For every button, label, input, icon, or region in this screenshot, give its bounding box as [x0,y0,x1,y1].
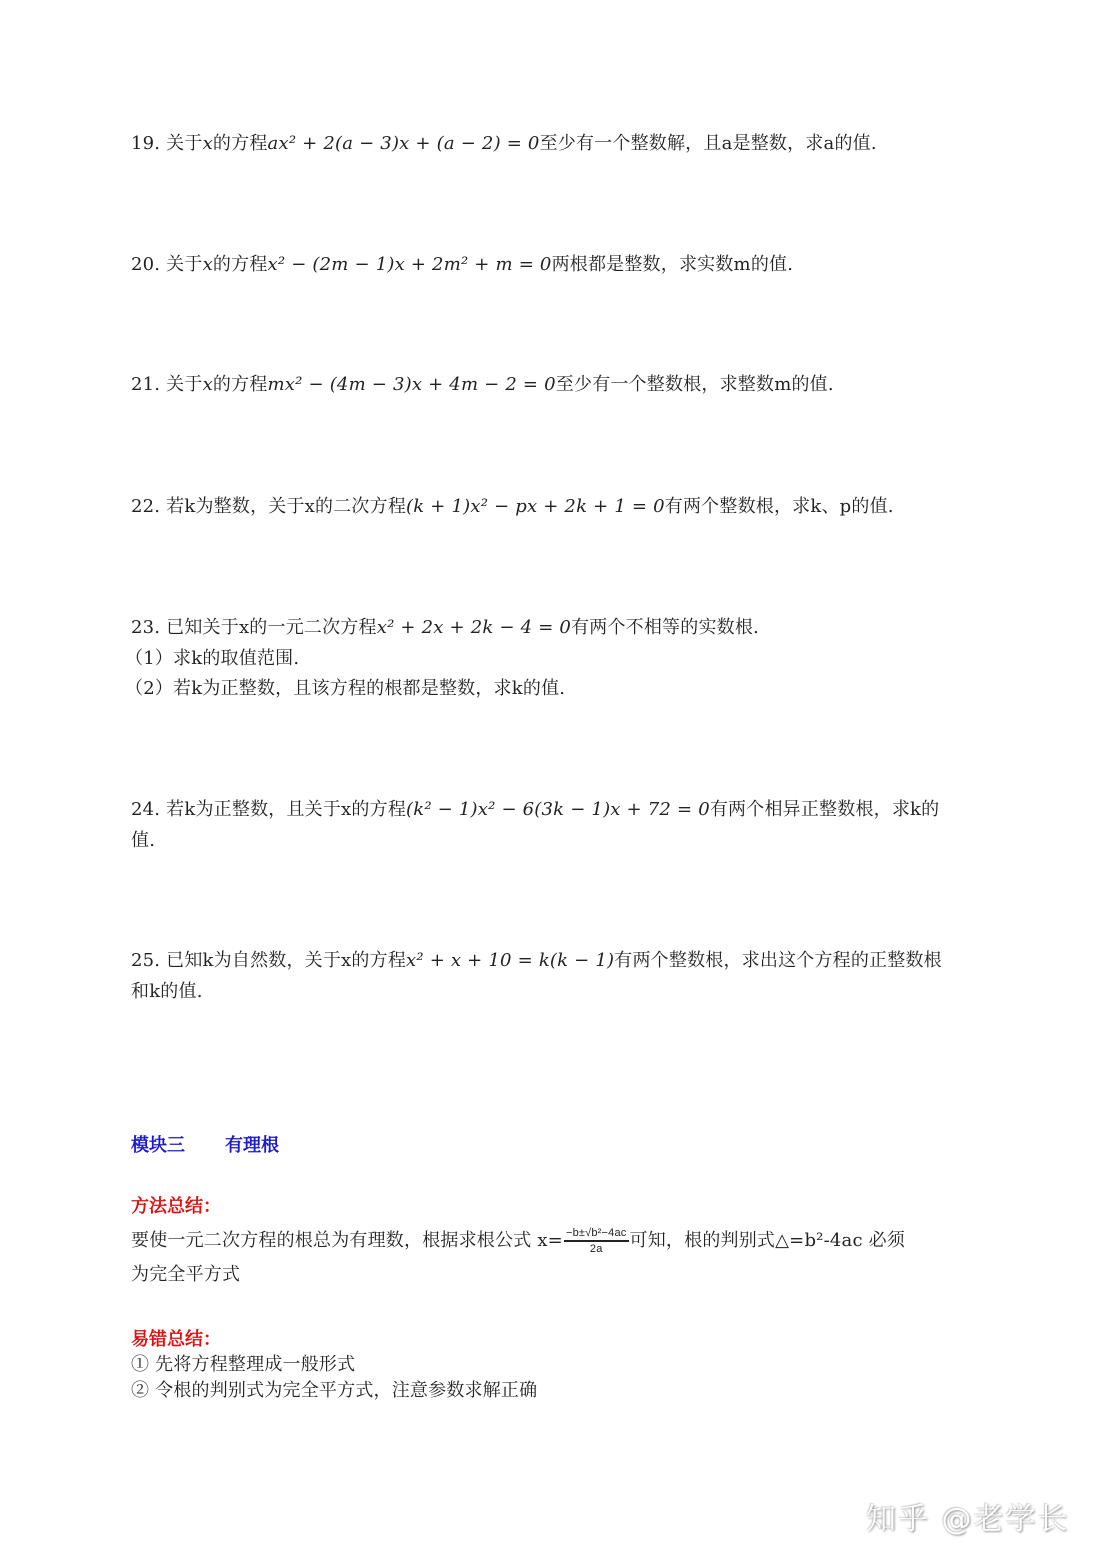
problem-text: 已知k为自然数，关于x的方程 [166,950,406,971]
equation: x² + x + 10 = k(k − 1) [406,950,614,971]
problem-text: 若k为正整数，且关于x的方程 [166,799,406,820]
problem-prefix: 关于 [166,254,202,275]
error-summary-heading: 易错总结： [131,1325,221,1351]
method-text-after: 可知，根的判别式△=b²-4ac 必须 [630,1230,906,1251]
problem-suffix: 有两个不相等的实数根. [571,617,759,638]
problem-mid: 的方程 [213,133,268,154]
problem-suffix: 至少有一个整数根，求整数m的值. [556,374,834,395]
problem-20: 20. 关于x的方程x² − (2m − 1)x + 2m² + m = 0两根… [131,250,793,280]
problem-text: 若k为整数，关于x的二次方程 [166,496,406,517]
problem-suffix: 至少有一个整数解，且a是整数，求a的值. [540,133,877,154]
method-text-before: 要使一元二次方程的根总为有理数，根据求根公式 x= [131,1230,563,1251]
problem-23-part-1: （1）求k的取值范围. [125,644,299,674]
problem-number: 21. [131,374,160,395]
problem-23: 23. 已知关于x的一元二次方程x² + 2x + 2k − 4 = 0有两个不… [131,613,759,643]
problem-suffix: 两根都是整数，求实数m的值. [552,254,794,275]
variable: x [203,254,213,275]
problem-25: 25. 已知k为自然数，关于x的方程x² + x + 10 = k(k − 1)… [131,946,942,976]
problem-21: 21. 关于x的方程mx² − (4m − 3)x + 4m − 2 = 0至少… [131,370,834,400]
module-heading: 模块三有理根 [131,1131,279,1157]
method-summary-heading: 方法总结： [131,1192,221,1218]
module-title: 有理根 [225,1135,279,1156]
module-label: 模块三 [131,1135,185,1156]
equation: ax² + 2(a − 3)x + (a − 2) = 0 [268,133,540,154]
variable: x [203,374,213,395]
problem-19: 19. 关于x的方程ax² + 2(a − 3)x + (a − 2) = 0至… [131,129,877,159]
method-summary-text: 要使一元二次方程的根总为有理数，根据求根公式 x=−b±√b²−4ac2a可知，… [131,1226,905,1256]
error-summary-item-1: ① 先将方程整理成一般形式 [131,1352,355,1378]
formula-numerator: −b±√b²−4ac [564,1226,629,1242]
problem-number: 22. [131,496,160,517]
problem-mid: 的方程 [213,374,268,395]
watermark: 知乎 @老学长 [866,1494,1070,1538]
problem-24: 24. 若k为正整数，且关于x的方程(k² − 1)x² − 6(3k − 1)… [131,795,939,825]
problem-22: 22. 若k为整数，关于x的二次方程(k + 1)x² − px + 2k + … [131,492,894,522]
formula-denominator: 2a [564,1242,629,1256]
equation: mx² − (4m − 3)x + 4m − 2 = 0 [268,374,556,395]
problem-number: 24. [131,799,160,820]
problem-suffix: 有两个整数根，求出这个方程的正整数根 [614,950,942,971]
method-summary-continuation: 为完全平方式 [131,1260,240,1290]
problem-suffix: 有两个相异正整数根，求k的 [710,799,940,820]
problem-24-continuation: 值. [131,826,155,856]
problem-suffix: 有两个整数根，求k、p的值. [665,496,894,517]
problem-number: 19. [131,133,160,154]
problem-prefix: 关于 [166,133,202,154]
variable: x [203,133,213,154]
equation: x² + 2x + 2k − 4 = 0 [377,617,571,638]
quadratic-formula: −b±√b²−4ac2a [564,1226,629,1256]
problem-number: 20. [131,254,160,275]
problem-23-part-2: （2）若k为正整数，且该方程的根都是整数，求k的值. [125,674,565,704]
problem-mid: 的方程 [213,254,268,275]
equation: (k² − 1)x² − 6(3k − 1)x + 72 = 0 [406,799,710,820]
problem-text: 已知关于x的一元二次方程 [166,617,377,638]
problem-number: 23. [131,617,160,638]
error-summary-item-2: ② 令根的判别式为完全平方式，注意参数求解正确 [131,1378,537,1404]
problem-25-continuation: 和k的值. [131,977,203,1007]
problem-prefix: 关于 [166,374,202,395]
equation: x² − (2m − 1)x + 2m² + m = 0 [268,254,552,275]
equation: (k + 1)x² − px + 2k + 1 = 0 [406,496,665,517]
problem-number: 25. [131,950,160,971]
